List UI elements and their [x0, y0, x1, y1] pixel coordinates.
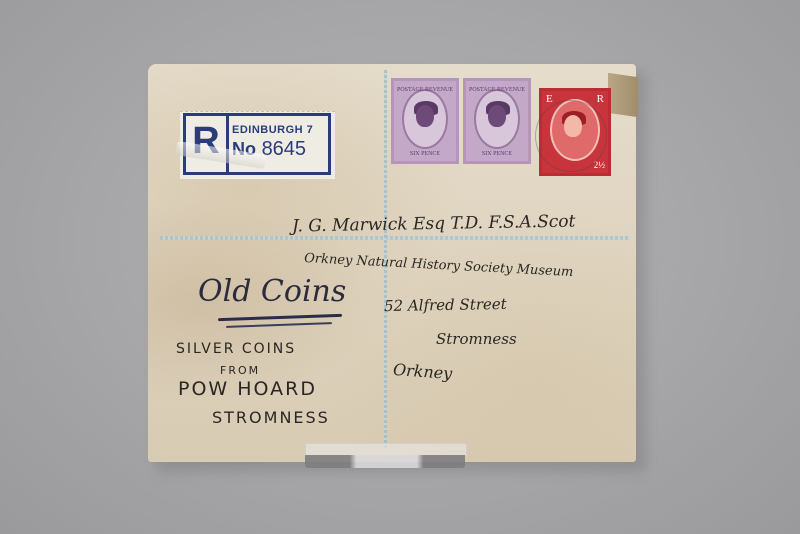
- stamp-bottom-text: SIX PENCE: [394, 151, 456, 157]
- address-line-5: Orkney: [392, 360, 452, 383]
- note-line-4: STROMNESS: [212, 408, 330, 427]
- stamp-corner-r: R: [597, 93, 604, 105]
- acrylic-display-stand: [305, 443, 465, 473]
- address-line-4: Stromness: [436, 330, 517, 348]
- stamp-bottom-text: SIX PENCE: [466, 151, 528, 157]
- address-line-3: 52 Alfred Street: [384, 295, 507, 315]
- stamp-sixpence-2: POSTAGE REVENUE SIX PENCE: [463, 78, 531, 164]
- envelope-flap-edge: [608, 73, 638, 117]
- stamp-top-text: POSTAGE REVENUE: [394, 87, 456, 93]
- note-line-1: SILVER COINS: [176, 341, 296, 357]
- queen-portrait-icon: [488, 105, 506, 127]
- stand-base: [305, 455, 465, 468]
- note-line-2: FROM: [220, 364, 260, 377]
- note-line-3: POW HOARD: [178, 378, 317, 400]
- registration-number: 8645: [262, 138, 307, 160]
- postmark-circle: [535, 100, 607, 172]
- note-title: Old Coins: [198, 274, 346, 309]
- registration-office: EDINBURGH 7: [232, 124, 328, 136]
- registered-blue-line-horizontal: [160, 236, 630, 240]
- stamp-top-text: POSTAGE REVENUE: [466, 87, 528, 93]
- stamp-sixpence-1: POSTAGE REVENUE SIX PENCE: [391, 78, 459, 164]
- queen-portrait-icon: [416, 105, 434, 127]
- stamp-corner-e: E: [546, 93, 553, 105]
